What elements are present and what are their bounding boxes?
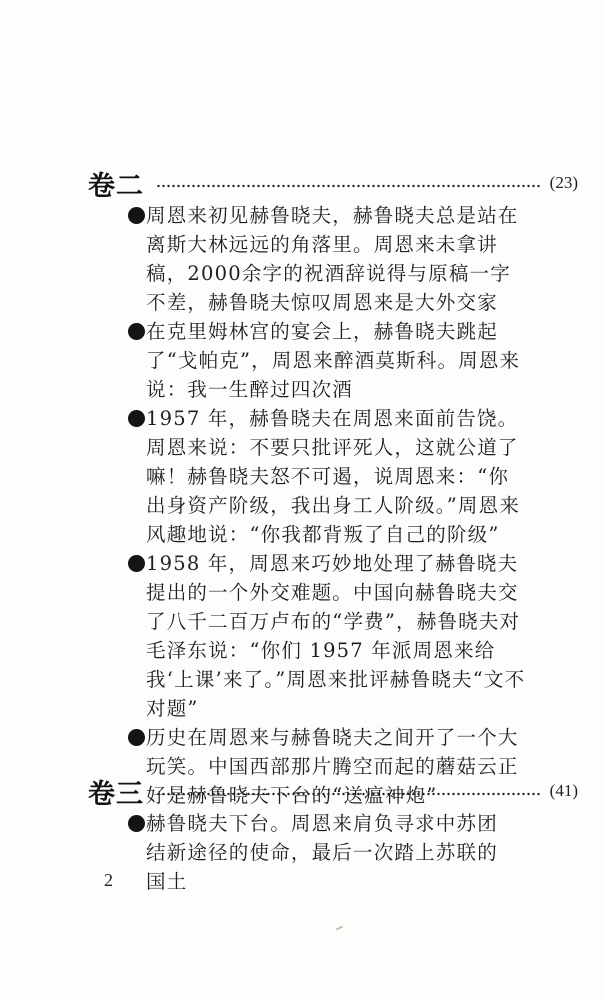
bullet-icon bbox=[128, 410, 145, 427]
bullet-icon bbox=[128, 815, 145, 832]
section-page-ref: (23) bbox=[550, 173, 578, 193]
entry-text: 1958 年，周恩来巧妙地处理了赫鲁晓夫提出的一个外交难题。中国向赫鲁晓夫交了八… bbox=[146, 552, 525, 720]
page-number: 2 bbox=[104, 870, 113, 891]
dot-leader bbox=[156, 792, 542, 796]
section-heading-juan-san: 卷三 (41) bbox=[88, 774, 578, 808]
section-title: 卷二 bbox=[88, 164, 144, 203]
entry-text: 1957 年，赫鲁晓夫在周恩来面前告饶。周恩来说：不要只批评死人，这就公道了嘛！… bbox=[146, 407, 520, 546]
dot-leader bbox=[156, 184, 542, 188]
section-entries-juan-san: 赫鲁晓夫下台。周恩来肩负寻求中苏团结新途径的使命，最后一次踏上苏联的国土 bbox=[128, 809, 508, 896]
section-heading-juan-er: 卷二 (23) bbox=[88, 166, 578, 200]
section-title: 卷三 bbox=[88, 772, 144, 811]
section-page-ref: (41) bbox=[550, 781, 578, 801]
toc-entry: 赫鲁晓夫下台。周恩来肩负寻求中苏团结新途径的使命，最后一次踏上苏联的国土 bbox=[128, 809, 508, 896]
entry-text: 赫鲁晓夫下台。周恩来肩负寻求中苏团结新途径的使命，最后一次踏上苏联的国土 bbox=[146, 812, 498, 893]
book-page: 卷二 (23) 周恩来初见赫鲁晓夫，赫鲁晓夫总是站在离斯大林远远的角落里。周恩来… bbox=[0, 0, 603, 1000]
entry-text: 在克里姆林宫的宴会上，赫鲁晓夫跳起了“戈帕克”，周恩来醉酒莫斯科。周恩来说：我一… bbox=[146, 320, 520, 401]
entry-text: 周恩来初见赫鲁晓夫，赫鲁晓夫总是站在离斯大林远远的角落里。周恩来未拿讲稿，200… bbox=[146, 204, 519, 314]
bullet-icon bbox=[128, 323, 145, 340]
bullet-icon bbox=[128, 555, 145, 572]
toc-entry: 1958 年，周恩来巧妙地处理了赫鲁晓夫提出的一个外交难题。中国向赫鲁晓夫交了八… bbox=[128, 549, 528, 723]
paper-speck bbox=[336, 926, 343, 931]
bullet-icon bbox=[128, 729, 145, 746]
toc-entry: 在克里姆林宫的宴会上，赫鲁晓夫跳起了“戈帕克”，周恩来醉酒莫斯科。周恩来说：我一… bbox=[128, 317, 528, 404]
bullet-icon bbox=[128, 207, 145, 224]
toc-entry: 1957 年，赫鲁晓夫在周恩来面前告饶。周恩来说：不要只批评死人，这就公道了嘛！… bbox=[128, 404, 528, 549]
section-entries-juan-er: 周恩来初见赫鲁晓夫，赫鲁晓夫总是站在离斯大林远远的角落里。周恩来未拿讲稿，200… bbox=[128, 201, 528, 810]
toc-entry: 周恩来初见赫鲁晓夫，赫鲁晓夫总是站在离斯大林远远的角落里。周恩来未拿讲稿，200… bbox=[128, 201, 528, 317]
